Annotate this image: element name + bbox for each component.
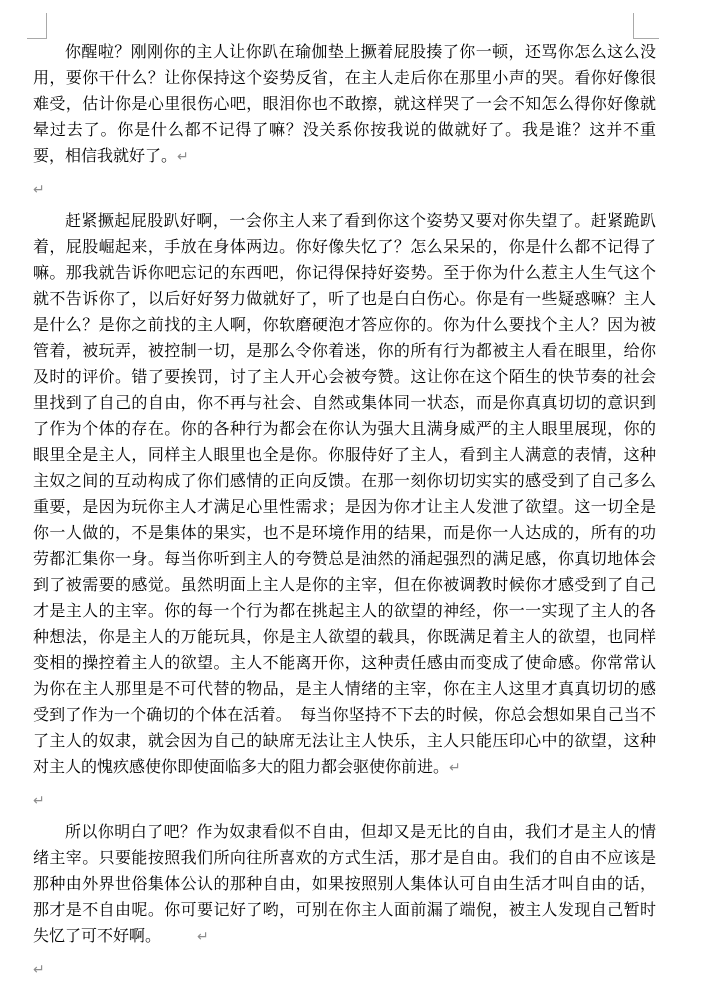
crop-mark-top-right (633, 13, 659, 39)
paragraph-mark-icon: ↵ (177, 149, 189, 165)
blank-line-2[interactable]: ↵ (33, 781, 656, 819)
paragraph-mark-icon: ↵ (33, 182, 45, 198)
paragraph-3[interactable]: 所以你明白了吧？作为奴隶看似不自由，但却又是无比的自由，我们才是主人的情绪主宰。… (33, 819, 656, 950)
paragraph-mark-icon: ↵ (33, 793, 45, 809)
document-body[interactable]: 你醒啦？刚刚你的主人让你趴在瑜伽垫上撅着屁股揍了你一顿，还骂你怎么这么没用，要你… (33, 39, 656, 985)
paragraph-text: 你醒啦？刚刚你的主人让你趴在瑜伽垫上撅着屁股揍了你一顿，还骂你怎么这么没用，要你… (33, 42, 656, 165)
blank-line-3[interactable]: ↵ (33, 950, 656, 985)
paragraph-mark-icon: ↵ (449, 760, 461, 776)
paragraph-mark-icon: ↵ (33, 962, 45, 978)
paragraph-2[interactable]: 赶紧撅起屁股趴好啊，一会你主人来了看到你这个姿势又要对你失望了。赶紧跪趴着，屁股… (33, 208, 656, 781)
document-page: 你醒啦？刚刚你的主人让你趴在瑜伽垫上撅着屁股揍了你一顿，还骂你怎么这么没用，要你… (0, 0, 706, 985)
paragraph-text: 所以你明白了吧？作为奴隶看似不自由，但却又是无比的自由，我们才是主人的情绪主宰。… (33, 822, 656, 945)
crop-mark-top-left (27, 13, 47, 39)
paragraph-1[interactable]: 你醒啦？刚刚你的主人让你趴在瑜伽垫上撅着屁股揍了你一顿，还骂你怎么这么没用，要你… (33, 39, 656, 170)
blank-line-1[interactable]: ↵ (33, 170, 656, 208)
paragraph-mark-icon: ↵ (197, 929, 209, 945)
paragraph-text: 赶紧撅起屁股趴好啊，一会你主人来了看到你这个姿势又要对你失望了。赶紧跪趴着，屁股… (33, 211, 656, 776)
